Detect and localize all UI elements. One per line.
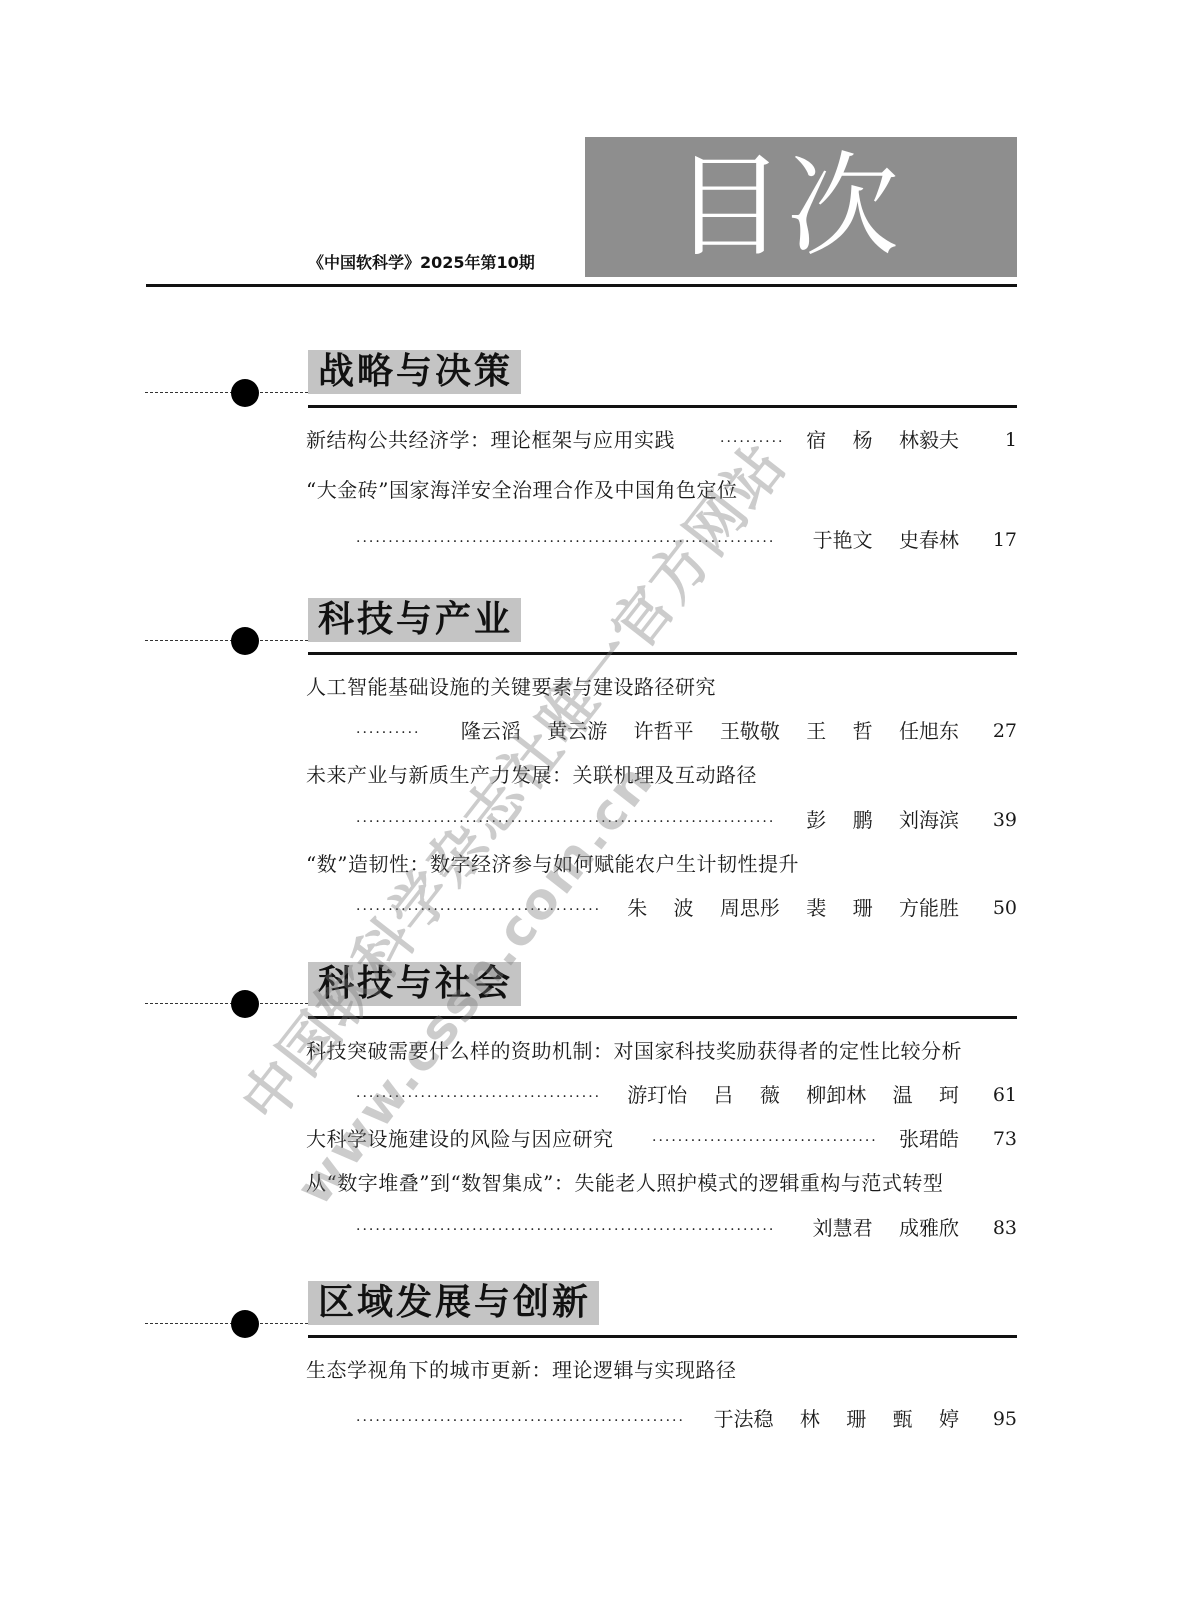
article-title[interactable]: 科技突破需要什么样的资助机制：对国家科技奖励获得者的定性比较分析 (306, 1036, 962, 1066)
leader-dots: ··································· (652, 1124, 882, 1154)
article-authors: 于艳文 史春林 (813, 525, 959, 555)
leader-dots: ······································ (356, 893, 606, 923)
leader-dots: ········································… (356, 1213, 790, 1243)
section-rule (308, 652, 1017, 655)
article-title[interactable]: 人工智能基础设施的关键要素与建设路径研究 (306, 672, 716, 702)
toc-entry-continuation: ·········· 隆云滔 黄云游 许哲平 王敬敬 王 哲 任旭东 27 (306, 716, 1017, 746)
journal-issue: 《中国软科学》2025年第10期 (308, 250, 535, 273)
section-dashed-line (145, 640, 308, 641)
toc-entry[interactable]: 新结构公共经济学：理论框架与应用实践 ·········· 宿 杨 林毅夫 1 (306, 425, 1017, 455)
page-number: 61 (977, 1080, 1017, 1110)
bullet-dot-icon (231, 627, 259, 655)
article-title[interactable]: 未来产业与新质生产力发展：关联机理及互动路径 (306, 760, 757, 790)
section-rule (308, 1335, 1017, 1338)
section-dashed-line (145, 1323, 308, 1324)
article-authors: 彭 鹏 刘海滨 (806, 805, 959, 835)
toc-header-tab: 目次 (585, 137, 1017, 277)
leader-dots: ·········· (356, 716, 426, 746)
page-number: 95 (977, 1404, 1017, 1434)
article-title[interactable]: “数”造韧性：数字经济参与如何赋能农户生计韧性提升 (306, 849, 799, 879)
toc-title: 目次 (673, 143, 901, 271)
toc-entry[interactable]: 科技突破需要什么样的资助机制：对国家科技奖励获得者的定性比较分析 (306, 1036, 1017, 1066)
leader-dots: ······································ (356, 1080, 606, 1110)
toc-entry[interactable]: 从“数字堆叠”到“数智集成”：失能老人照护模式的逻辑重构与范式转型 (306, 1168, 1017, 1198)
leader-dots: ········································… (356, 525, 790, 555)
section-title: 科技与产业 (308, 598, 521, 642)
article-authors: 隆云滔 黄云游 许哲平 王敬敬 王 哲 任旭东 (461, 716, 959, 746)
leader-dots: ········································… (356, 805, 790, 835)
section-rule (308, 405, 1017, 408)
bullet-dot-icon (231, 990, 259, 1018)
article-authors: 于法稳 林 珊 甄 婷 (714, 1404, 959, 1434)
article-title[interactable]: “大金砖”国家海洋安全治理合作及中国角色定位 (306, 475, 737, 505)
toc-entry-continuation: ········································… (306, 1404, 1017, 1434)
section-dashed-line (145, 1003, 308, 1004)
header-rule (146, 284, 1017, 287)
leader-dots: ········································… (356, 1404, 698, 1434)
article-authors: 宿 杨 林毅夫 (806, 425, 959, 455)
article-title[interactable]: 大科学设施建设的风险与因应研究 (306, 1124, 614, 1154)
article-authors: 张珺皓 (899, 1124, 959, 1154)
toc-entry[interactable]: “数”造韧性：数字经济参与如何赋能农户生计韧性提升 (306, 849, 1017, 879)
toc-entry-continuation: ········································… (306, 1213, 1017, 1243)
toc-entry-continuation: ········································… (306, 805, 1017, 835)
page-number: 27 (977, 716, 1017, 746)
bullet-dot-icon (231, 1310, 259, 1338)
article-authors: 刘慧君 成雅欣 (813, 1213, 959, 1243)
toc-entry[interactable]: “大金砖”国家海洋安全治理合作及中国角色定位 (306, 475, 1017, 505)
page-number: 73 (977, 1124, 1017, 1154)
leader-dots: ·········· (720, 425, 792, 455)
page-number: 1 (977, 425, 1017, 455)
section-title: 区域发展与创新 (308, 1281, 599, 1325)
page-number: 50 (977, 893, 1017, 923)
section-dashed-line (145, 392, 308, 393)
bullet-dot-icon (231, 379, 259, 407)
toc-entry-continuation: ········································… (306, 525, 1017, 555)
page-number: 17 (977, 525, 1017, 555)
toc-entry-continuation: ······································ 朱… (306, 893, 1017, 923)
toc-entry[interactable]: 大科学设施建设的风险与因应研究 ························… (306, 1124, 1017, 1154)
article-title[interactable]: 从“数字堆叠”到“数智集成”：失能老人照护模式的逻辑重构与范式转型 (306, 1168, 943, 1198)
section-title: 战略与决策 (308, 350, 521, 394)
article-authors: 游玎怡 吕 薇 柳卸林 温 珂 (627, 1080, 959, 1110)
toc-entry[interactable]: 人工智能基础设施的关键要素与建设路径研究 (306, 672, 1017, 702)
section-title: 科技与社会 (308, 962, 521, 1006)
page-number: 83 (977, 1213, 1017, 1243)
section-rule (308, 1016, 1017, 1019)
page-number: 39 (977, 805, 1017, 835)
article-title[interactable]: 新结构公共经济学：理论框架与应用实践 (306, 425, 675, 455)
toc-entry[interactable]: 未来产业与新质生产力发展：关联机理及互动路径 (306, 760, 1017, 790)
article-title[interactable]: 生态学视角下的城市更新：理论逻辑与实现路径 (306, 1355, 737, 1385)
article-authors: 朱 波 周思彤 裴 珊 方能胜 (627, 893, 959, 923)
toc-entry[interactable]: 生态学视角下的城市更新：理论逻辑与实现路径 (306, 1355, 1017, 1385)
toc-entry-continuation: ······································ 游… (306, 1080, 1017, 1110)
